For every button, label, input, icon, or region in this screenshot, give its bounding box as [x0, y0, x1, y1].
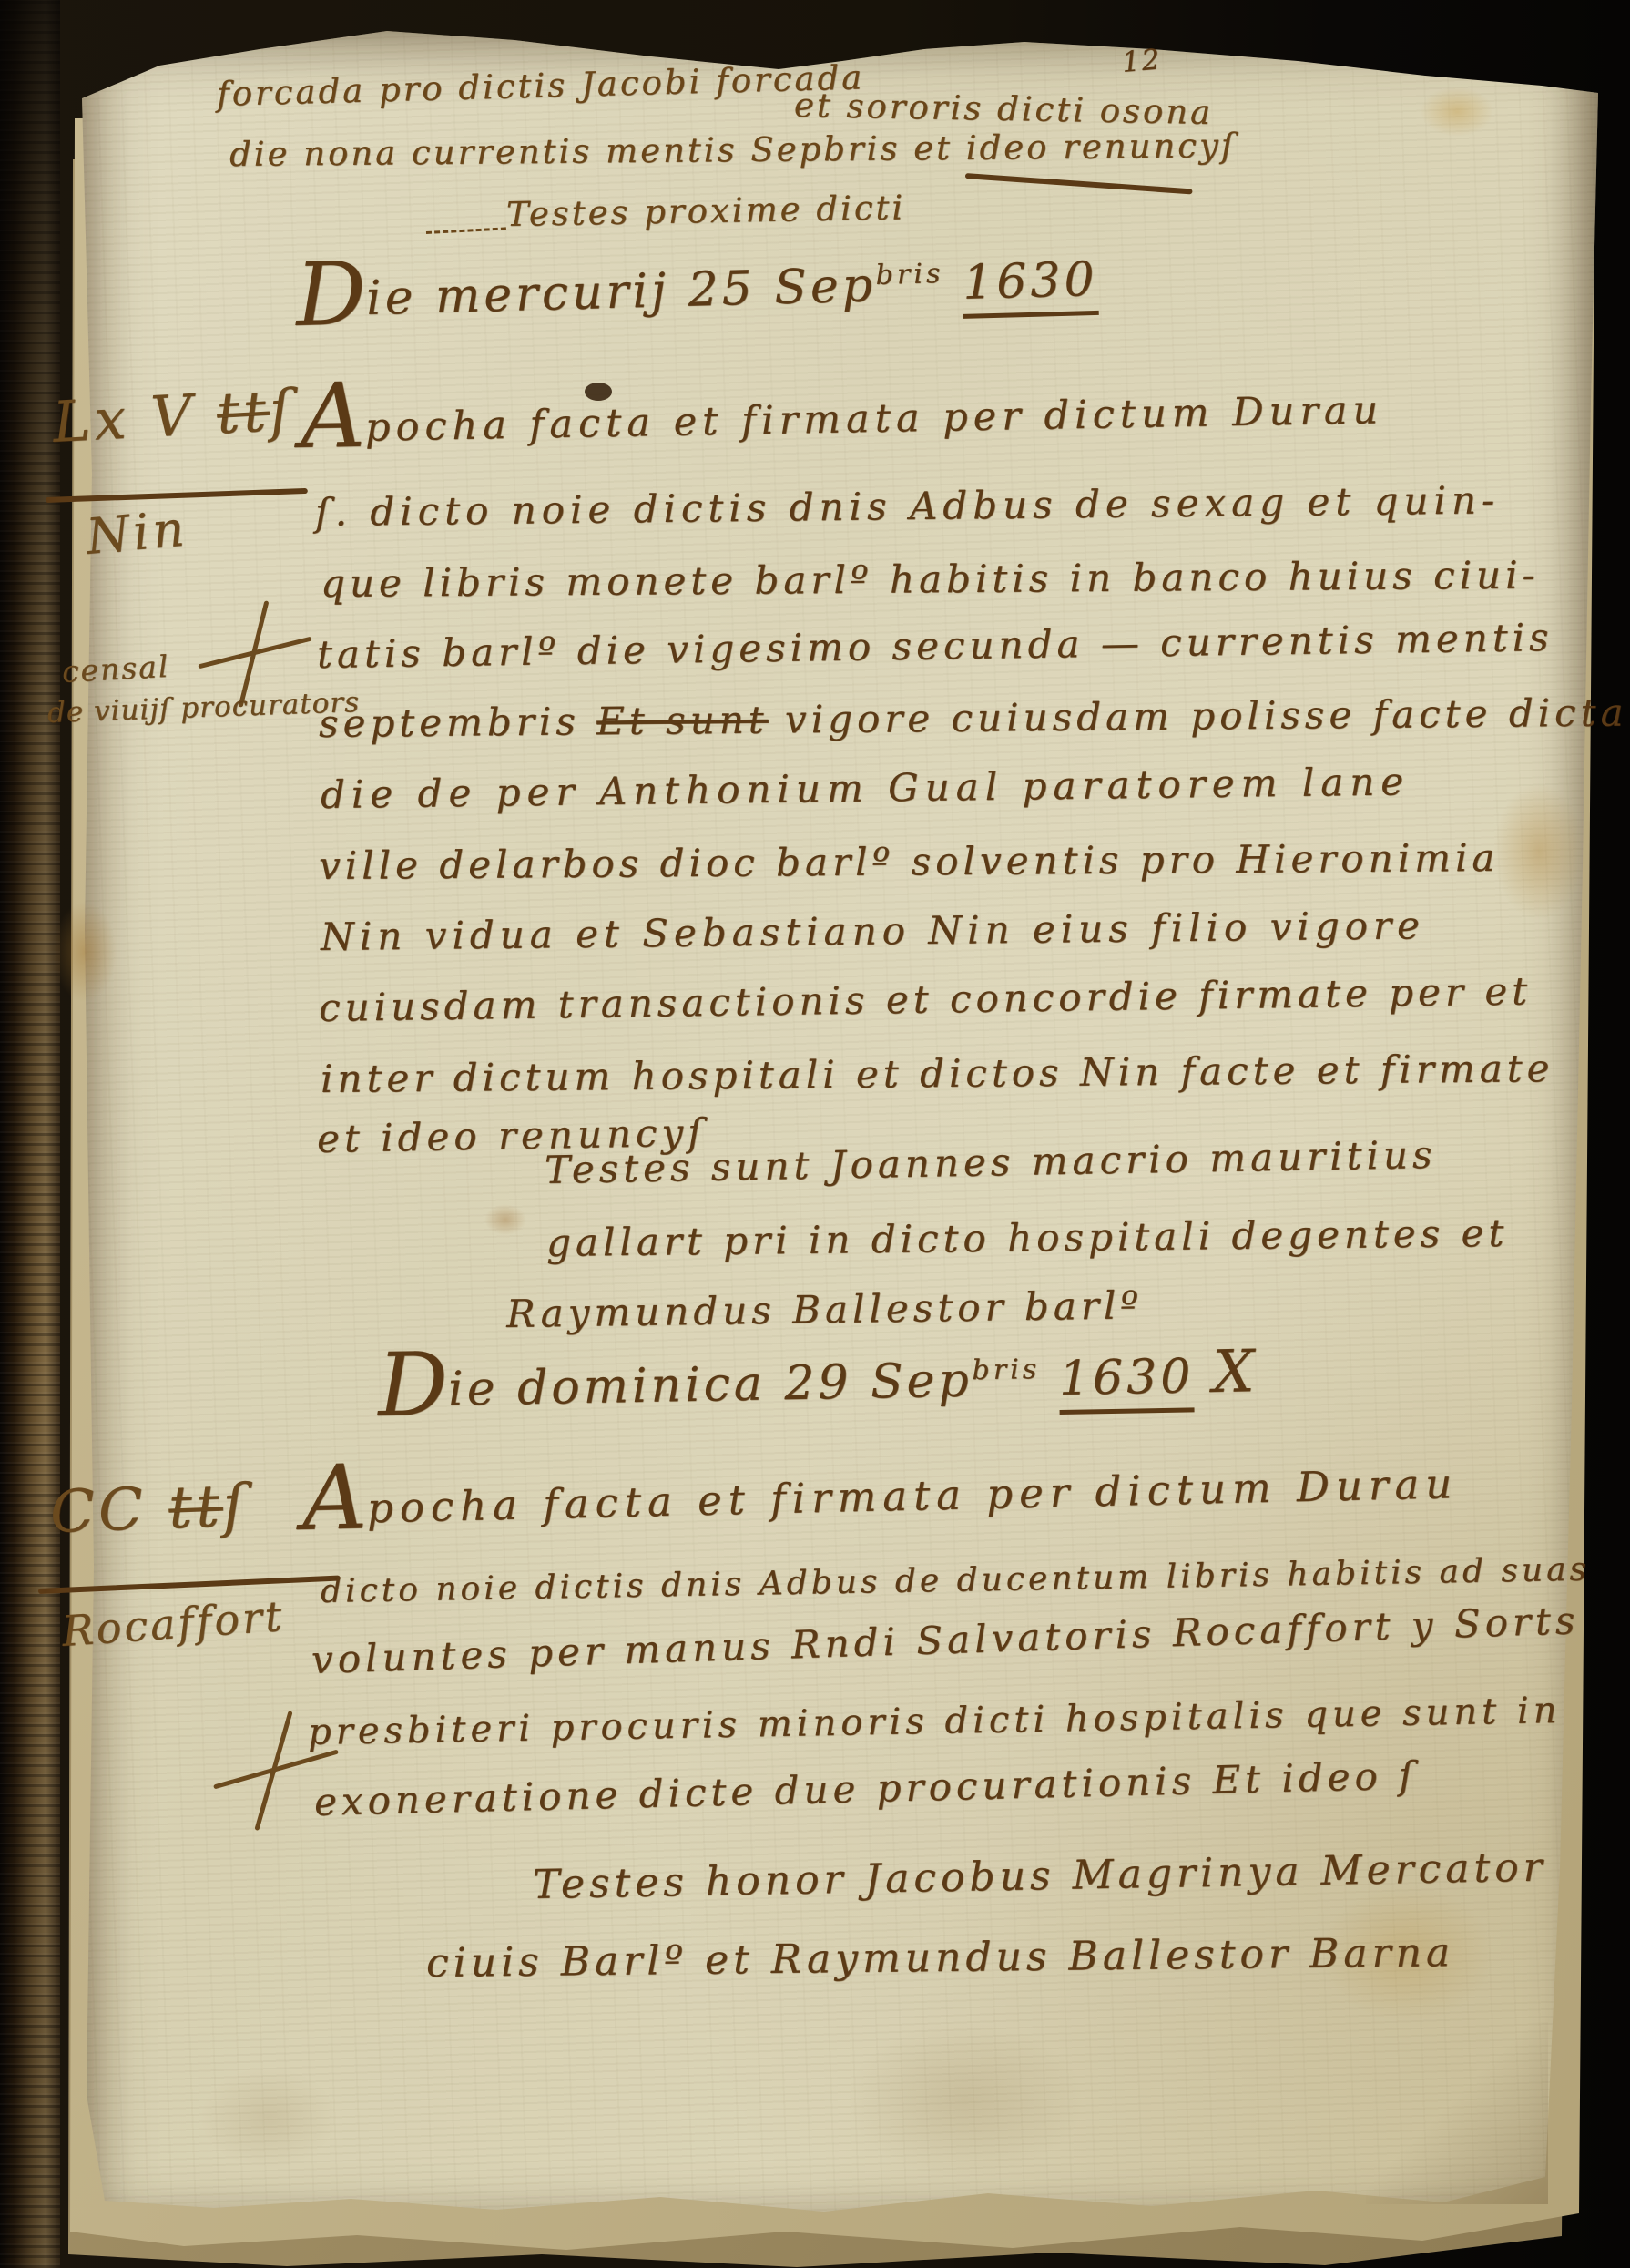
pound-sign: tt — [215, 378, 271, 447]
pound-sign: tt — [168, 1473, 224, 1542]
header-insert-line3: Testes proxime dicti — [506, 189, 906, 233]
entry1-margin-name: Nin — [84, 501, 189, 564]
entry1-body-line3: que libris monete barlº habitis in banco… — [321, 555, 1540, 606]
entry1-body-line7: ville delarbos dioc barlº solventis pro … — [319, 837, 1500, 887]
date-month-superscript: bris — [875, 258, 944, 291]
body-line-text: septembris — [319, 699, 597, 746]
entry1-witnesses-line2: gallart pri in dicto hospitali degentes … — [546, 1212, 1509, 1264]
parchment-page — [77, 18, 1603, 2241]
date-initial: D — [377, 1333, 449, 1436]
amount-roman-numerals: CC — [49, 1475, 170, 1547]
body-line-text: vigore cuiusdam polisse facte dicta — [768, 690, 1627, 741]
date-year: 1630 — [962, 252, 1098, 319]
date-trailing-flourish: X — [1212, 1338, 1255, 1406]
folio-number: 12 — [1121, 44, 1163, 78]
header-insert-line1-right: et sororis dicti osona — [794, 87, 1214, 132]
body-initial: A — [300, 364, 366, 469]
date-initial: D — [294, 242, 367, 346]
entry1-witnesses-line3: Raymundus Ballestor barlº — [506, 1284, 1144, 1335]
entry1-margin-amount: Lx V ttſ — [51, 379, 295, 454]
amount-roman-numerals: Lx V — [51, 381, 219, 455]
body-initial: A — [301, 1446, 368, 1551]
entry2-margin-amount: CC ttſ — [49, 1474, 250, 1545]
book-spine-edge — [0, 0, 60, 2268]
date-month-superscript: bris — [972, 1354, 1040, 1386]
date-year: 1630 — [1058, 1349, 1195, 1415]
manuscript-scan: { "colors": { "ink": "#5b3a16", "parchme… — [0, 0, 1630, 2268]
struck-words: Et sunt — [596, 698, 769, 744]
amount-flourish: ſ — [268, 376, 296, 444]
date-text: ie dominica 29 Sep — [447, 1354, 973, 1417]
entry1-margin-note-line1: censal — [61, 650, 170, 689]
amount-flourish: ſ — [221, 1472, 249, 1540]
